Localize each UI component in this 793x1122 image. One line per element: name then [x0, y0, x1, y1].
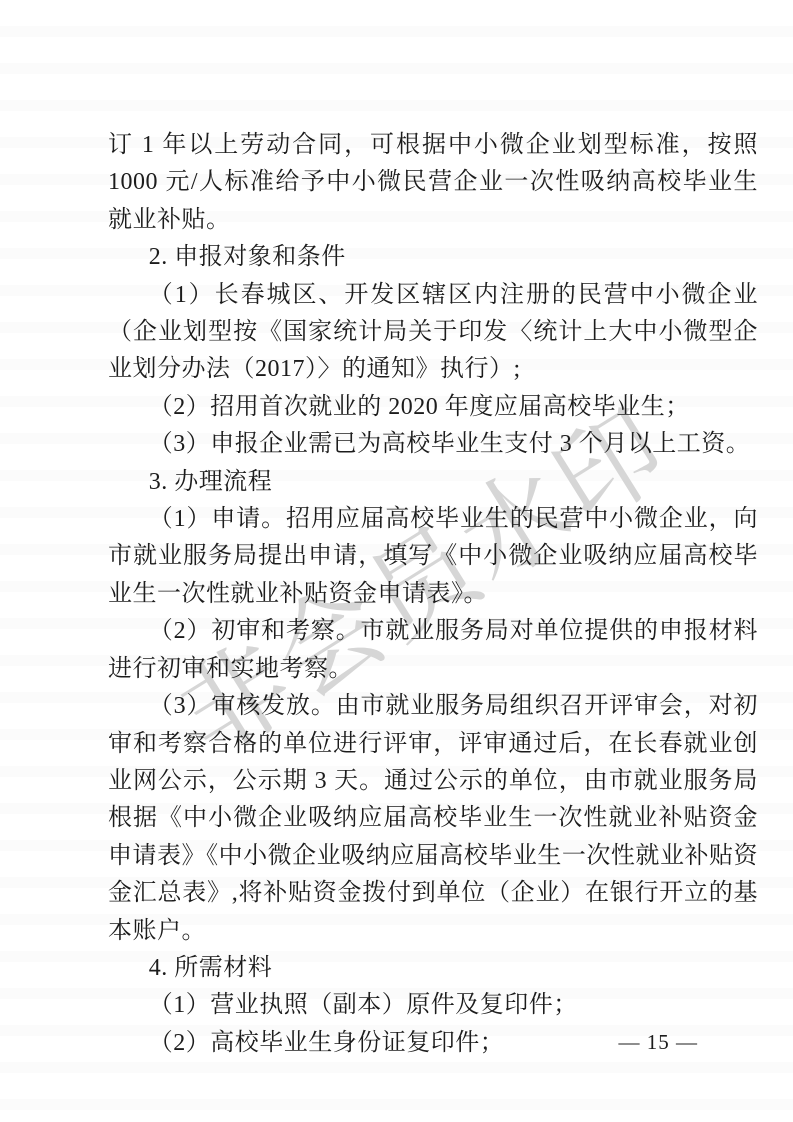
paragraph: （3）申报企业需已为高校毕业生支付 3 个月以上工资。 [108, 426, 758, 463]
paragraph: 2. 申报对象和条件 [108, 239, 758, 276]
document-page: 非会员水印 订 1 年以上劳动合同，可根据中小微企业划型标准，按照 1000 元… [0, 0, 793, 1122]
page-number: — 15 — [619, 1030, 699, 1054]
paragraph: 3. 办理流程 [108, 464, 758, 501]
paragraph: （1）营业执照（副本）原件及复印件； [108, 987, 758, 1024]
paragraph: （1）长春城区、开发区辖区内注册的民营中小微企业（企业划型按《国家统计局关于印发… [108, 277, 758, 389]
paragraph: 订 1 年以上劳动合同，可根据中小微企业划型标准，按照 1000 元/人标准给予… [108, 127, 758, 239]
paragraph: 4. 所需材料 [108, 950, 758, 987]
paragraph: （3）审核发放。由市就业服务局组织召开评审会，对初审和考察合格的单位进行评审，评… [108, 688, 758, 950]
paragraph: （2）招用首次就业的 2020 年度应届高校毕业生； [108, 389, 758, 426]
document-body: 订 1 年以上劳动合同，可根据中小微企业划型标准，按照 1000 元/人标准给予… [108, 127, 758, 1062]
paragraph: （2）初审和考察。市就业服务局对单位提供的申报材料进行初审和实地考察。 [108, 613, 758, 688]
paragraph: （1）申请。招用应届高校毕业生的民营中小微企业，向市就业服务局提出申请，填写《中… [108, 501, 758, 613]
